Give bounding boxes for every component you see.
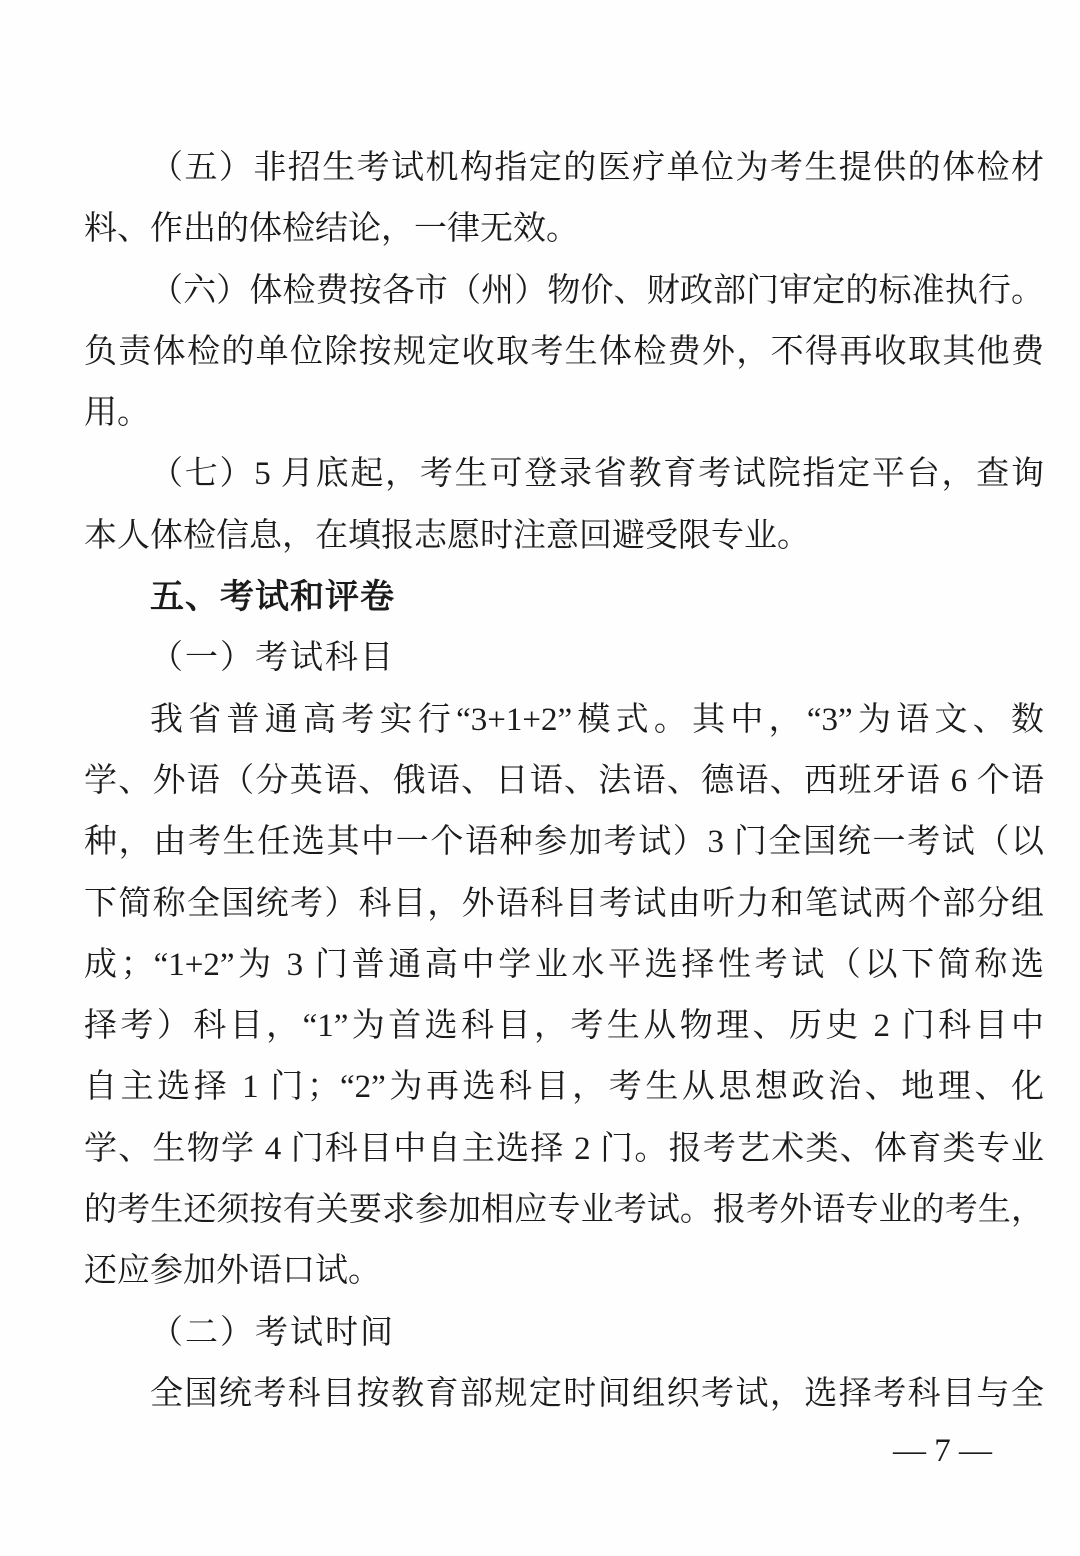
text-line: 用。 <box>84 383 1044 444</box>
text-line: 负责体检的单位除按规定收取考生体检费外，不得再收取其他费 <box>84 322 1044 383</box>
text-line: 学、生物学 4 门科目中自主选择 2 门。报考艺术类、体育类专业 <box>84 1119 1044 1180</box>
subsection-heading-exam-subjects: （一）考试科目 <box>84 628 1044 689</box>
text-line: 我省普通高考实行“3+1+2”模式。其中，“3”为语文、数 <box>84 690 1044 751</box>
subsection-heading-exam-time: （二）考试时间 <box>84 1303 1044 1364</box>
text-line: 的考生还须按有关要求参加相应专业考试。报考外语专业的考生， <box>84 1180 1044 1241</box>
page-number: — 7 — <box>893 1421 992 1482</box>
text-line: （七）5 月底起，考生可登录省教育考试院指定平台，查询 <box>84 444 1044 505</box>
text-line: 择考）科目，“1”为首选科目，考生从物理、历史 2 门科目中 <box>84 996 1044 1057</box>
text-line: 下简称全国统考）科目，外语科目考试由听力和笔试两个部分组 <box>84 874 1044 935</box>
text-line: 料、作出的体检结论，一律无效。 <box>84 199 1044 260</box>
text-line: 种，由考生任选其中一个语种参加考试）3 门全国统一考试（以 <box>84 812 1044 873</box>
text-line: 本人体检信息，在填报志愿时注意回避受限专业。 <box>84 506 1044 567</box>
text-line: （五）非招生考试机构指定的医疗单位为考生提供的体检材 <box>84 138 1044 199</box>
text-line: 还应参加外语口试。 <box>84 1241 1044 1302</box>
text-line: 学、外语（分英语、俄语、日语、法语、德语、西班牙语 6 个语 <box>84 751 1044 812</box>
document-body: （五）非招生考试机构指定的医疗单位为考生提供的体检材 料、作出的体检结论，一律无… <box>84 138 1044 1425</box>
text-line: 自主选择 1 门；“2”为再选科目，考生从思想政治、地理、化 <box>84 1057 1044 1118</box>
section-heading-exam-and-grading: 五、考试和评卷 <box>84 567 1044 628</box>
text-line: 全国统考科目按教育部规定时间组织考试，选择考科目与全 <box>84 1364 1044 1425</box>
text-line: 成；“1+2”为 3 门普通高中学业水平选择性考试（以下简称选 <box>84 935 1044 996</box>
document-page: （五）非招生考试机构指定的医疗单位为考生提供的体检材 料、作出的体检结论，一律无… <box>0 0 1080 1556</box>
text-line: （六）体检费按各市（州）物价、财政部门审定的标准执行。 <box>84 261 1044 322</box>
